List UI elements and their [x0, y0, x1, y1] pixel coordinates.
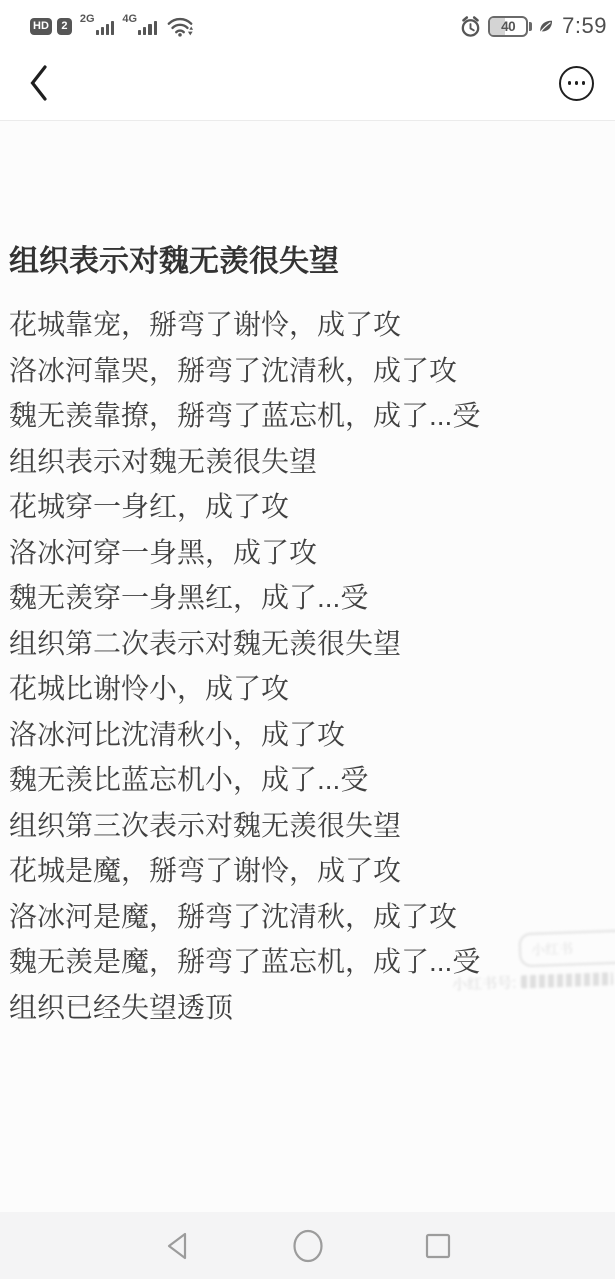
post-title: 组织表示对魏无羡很失望: [9, 242, 605, 282]
nav-back-button[interactable]: [161, 1230, 195, 1262]
nav-home-button[interactable]: [291, 1228, 325, 1264]
post-line: 花城是魔，掰弯了谢怜，成了攻: [9, 848, 605, 894]
post-line: 组织第三次表示对魏无羡很失望: [9, 803, 605, 849]
battery-icon: 40: [488, 16, 528, 37]
more-options-button[interactable]: [559, 66, 594, 101]
status-bar-left: HD 2 2G 4G: [30, 14, 194, 38]
back-triangle-icon: [163, 1230, 193, 1262]
dot: [575, 81, 579, 85]
post-line: 魏无羡穿一身黑红，成了...受: [9, 575, 605, 621]
wifi-icon: [166, 15, 194, 38]
post-line: 花城穿一身红，成了攻: [9, 484, 605, 530]
battery-percent: 40: [501, 19, 515, 34]
signal-bars-icon: [96, 21, 115, 39]
post-line: 花城比谢怜小，成了攻: [9, 666, 605, 712]
post-line: 组织已经失望透顶: [9, 985, 605, 1031]
dot: [582, 81, 586, 85]
post-line: 洛冰河穿一身黑，成了攻: [9, 530, 605, 576]
phone-screen: HD 2 2G 4G: [0, 0, 615, 1280]
post-line: 组织表示对魏无羡很失望: [9, 439, 605, 485]
network-type-label: 2G: [80, 14, 95, 25]
post-line: 洛冰河比沈清秋小，成了攻: [9, 712, 605, 758]
post-line: 花城靠宠，掰弯了谢怜，成了攻: [9, 302, 605, 348]
dot: [568, 81, 572, 85]
alarm-clock-icon: [459, 15, 482, 38]
hd-voice-badge: HD: [30, 18, 52, 35]
post-line: 组织第二次表示对魏无羡很失望: [9, 621, 605, 667]
battery-indicator: 40: [488, 16, 532, 37]
back-chevron-icon: [28, 64, 49, 102]
post-line: 洛冰河靠哭，掰弯了沈清秋，成了攻: [9, 348, 605, 394]
sim2-badge: 2: [57, 18, 72, 35]
signal-bars-icon: [138, 21, 157, 39]
eye-comfort-leaf-icon: [538, 18, 554, 34]
nav-recents-button[interactable]: [421, 1231, 455, 1261]
app-header: [0, 46, 615, 121]
post-line: 洛冰河是魔，掰弯了沈清秋，成了攻: [9, 894, 605, 940]
clock-time: 7:59: [562, 13, 607, 39]
home-circle-icon: [291, 1228, 325, 1264]
post-line: 魏无羡靠撩，掰弯了蓝忘机，成了...受: [9, 393, 605, 439]
post-line: 魏无羡是魔，掰弯了蓝忘机，成了...受: [9, 939, 605, 985]
post-content: 组织表示对魏无羡很失望 花城靠宠，掰弯了谢怜，成了攻 洛冰河靠哭，掰弯了沈清秋，…: [0, 121, 615, 1212]
status-bar: HD 2 2G 4G: [0, 0, 615, 46]
status-bar-right: 40 7:59: [459, 13, 607, 39]
network-type-label: 4G: [122, 14, 137, 25]
android-navigation-bar: [0, 1212, 615, 1279]
back-button[interactable]: [28, 64, 49, 102]
recents-square-icon: [423, 1231, 453, 1261]
signal-2g: 2G: [80, 14, 114, 38]
post-body: 花城靠宠，掰弯了谢怜，成了攻 洛冰河靠哭，掰弯了沈清秋，成了攻 魏无羡靠撩，掰弯…: [9, 302, 605, 1030]
signal-4g: 4G: [122, 14, 156, 38]
post-line: 魏无羡比蓝忘机小，成了...受: [9, 757, 605, 803]
battery-cap: [529, 22, 532, 31]
